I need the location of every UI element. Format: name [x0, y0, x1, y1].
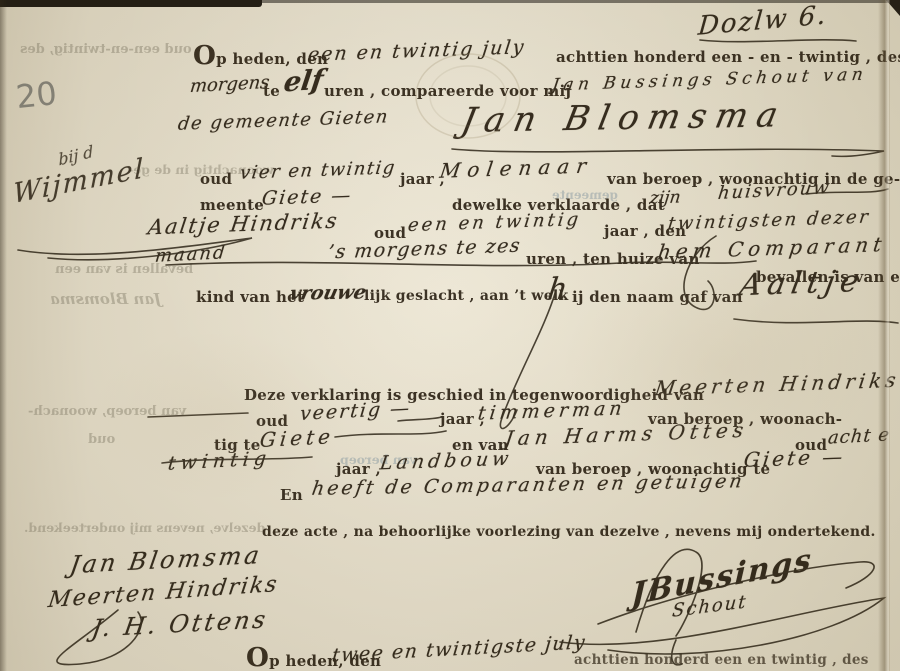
signature-comparant: Jan Blomsma	[68, 541, 264, 579]
comparant-name: Jan Blomsma	[458, 95, 790, 141]
bleedthrough-text: oud	[88, 432, 115, 447]
bleedthrough-text: Jan Blomsma	[50, 290, 161, 308]
entry-morgens: morgens	[189, 72, 271, 97]
bleedthrough-text: van beroep, woonach-	[28, 404, 186, 419]
entry-occupation-father: Molenaar	[438, 153, 594, 182]
form-text-geslacht: lijk geslacht , aan ’t welk	[364, 288, 569, 304]
page-fold-crease	[878, 0, 890, 671]
mother-name: Aaltje Hindriks	[146, 209, 340, 240]
entry-birth-time: ’s morgens te zes	[327, 235, 523, 264]
folio-underline	[700, 40, 856, 42]
act-number: 20	[14, 74, 58, 116]
entry-gemeente: de gemeente Gieten	[177, 106, 390, 134]
res3-tail	[335, 431, 446, 437]
signature-witness2: J. H. Ottens	[90, 605, 270, 642]
entry-age-father: vier en twintig	[239, 157, 397, 184]
next-act-year: achttien honderd een en twintig , des	[574, 652, 869, 668]
entry-birth-day: twintigsten dezer	[667, 206, 872, 234]
entry-geslacht: vrouwe	[287, 281, 368, 304]
witness2-occupation: Landbouw	[378, 448, 513, 475]
entry-zijn: zijn	[649, 187, 682, 208]
form-text-year: achttien honderd een - en - twintig , de…	[556, 48, 900, 66]
form-text-naamgaf: ij den naam gaf van	[572, 288, 743, 306]
child-name: Aaltje	[737, 264, 867, 304]
form-text-dezeacte: deze acte , na behoorlijke voorlezing va…	[262, 524, 876, 540]
next-act-date: twee en twintigste july	[331, 631, 587, 666]
form-text-compareerde: uren , compareerde voor mij	[324, 82, 571, 100]
witness1-age: veertig —	[299, 397, 412, 425]
witness2-residence: Giete —	[743, 444, 847, 472]
entry-age-mother: een en twintig	[407, 209, 583, 236]
entry-date: een en twintig july	[307, 36, 527, 66]
entry-ten-huize: hem Comparant	[656, 232, 888, 264]
bleedthrough-text: dezelve, nevens mij onderteekend.	[24, 520, 265, 535]
witness1-name: Meerten Hindriks	[653, 368, 900, 401]
scan-edge-left	[0, 0, 7, 671]
entry-maand: maand	[154, 242, 228, 267]
form-text-jaar4: jaar ,	[336, 460, 381, 478]
bleedthrough-text: oud een-en-twintig, des	[20, 42, 192, 57]
document-page: oud een-en-twintig, des woonachtig in de…	[0, 0, 900, 671]
witness2-age-b: twintig	[167, 447, 272, 475]
scan-edge-top-left	[0, 0, 262, 7]
childname-underline	[734, 319, 898, 323]
form-text-oud1: oud	[200, 170, 232, 188]
form-text-te: te	[263, 82, 280, 100]
entry-official-name: Jan Bussings Schout van	[551, 64, 869, 95]
witness1-occupation: timmerman	[477, 397, 627, 424]
folio-note: Dozlw 6.	[697, 0, 829, 42]
form-text-en: En	[280, 486, 303, 504]
entry-hour: elf	[282, 64, 325, 98]
entry-woonplaats-father: Giete —	[261, 184, 354, 209]
witness2-name: Jan Harms Ottes	[503, 418, 750, 451]
